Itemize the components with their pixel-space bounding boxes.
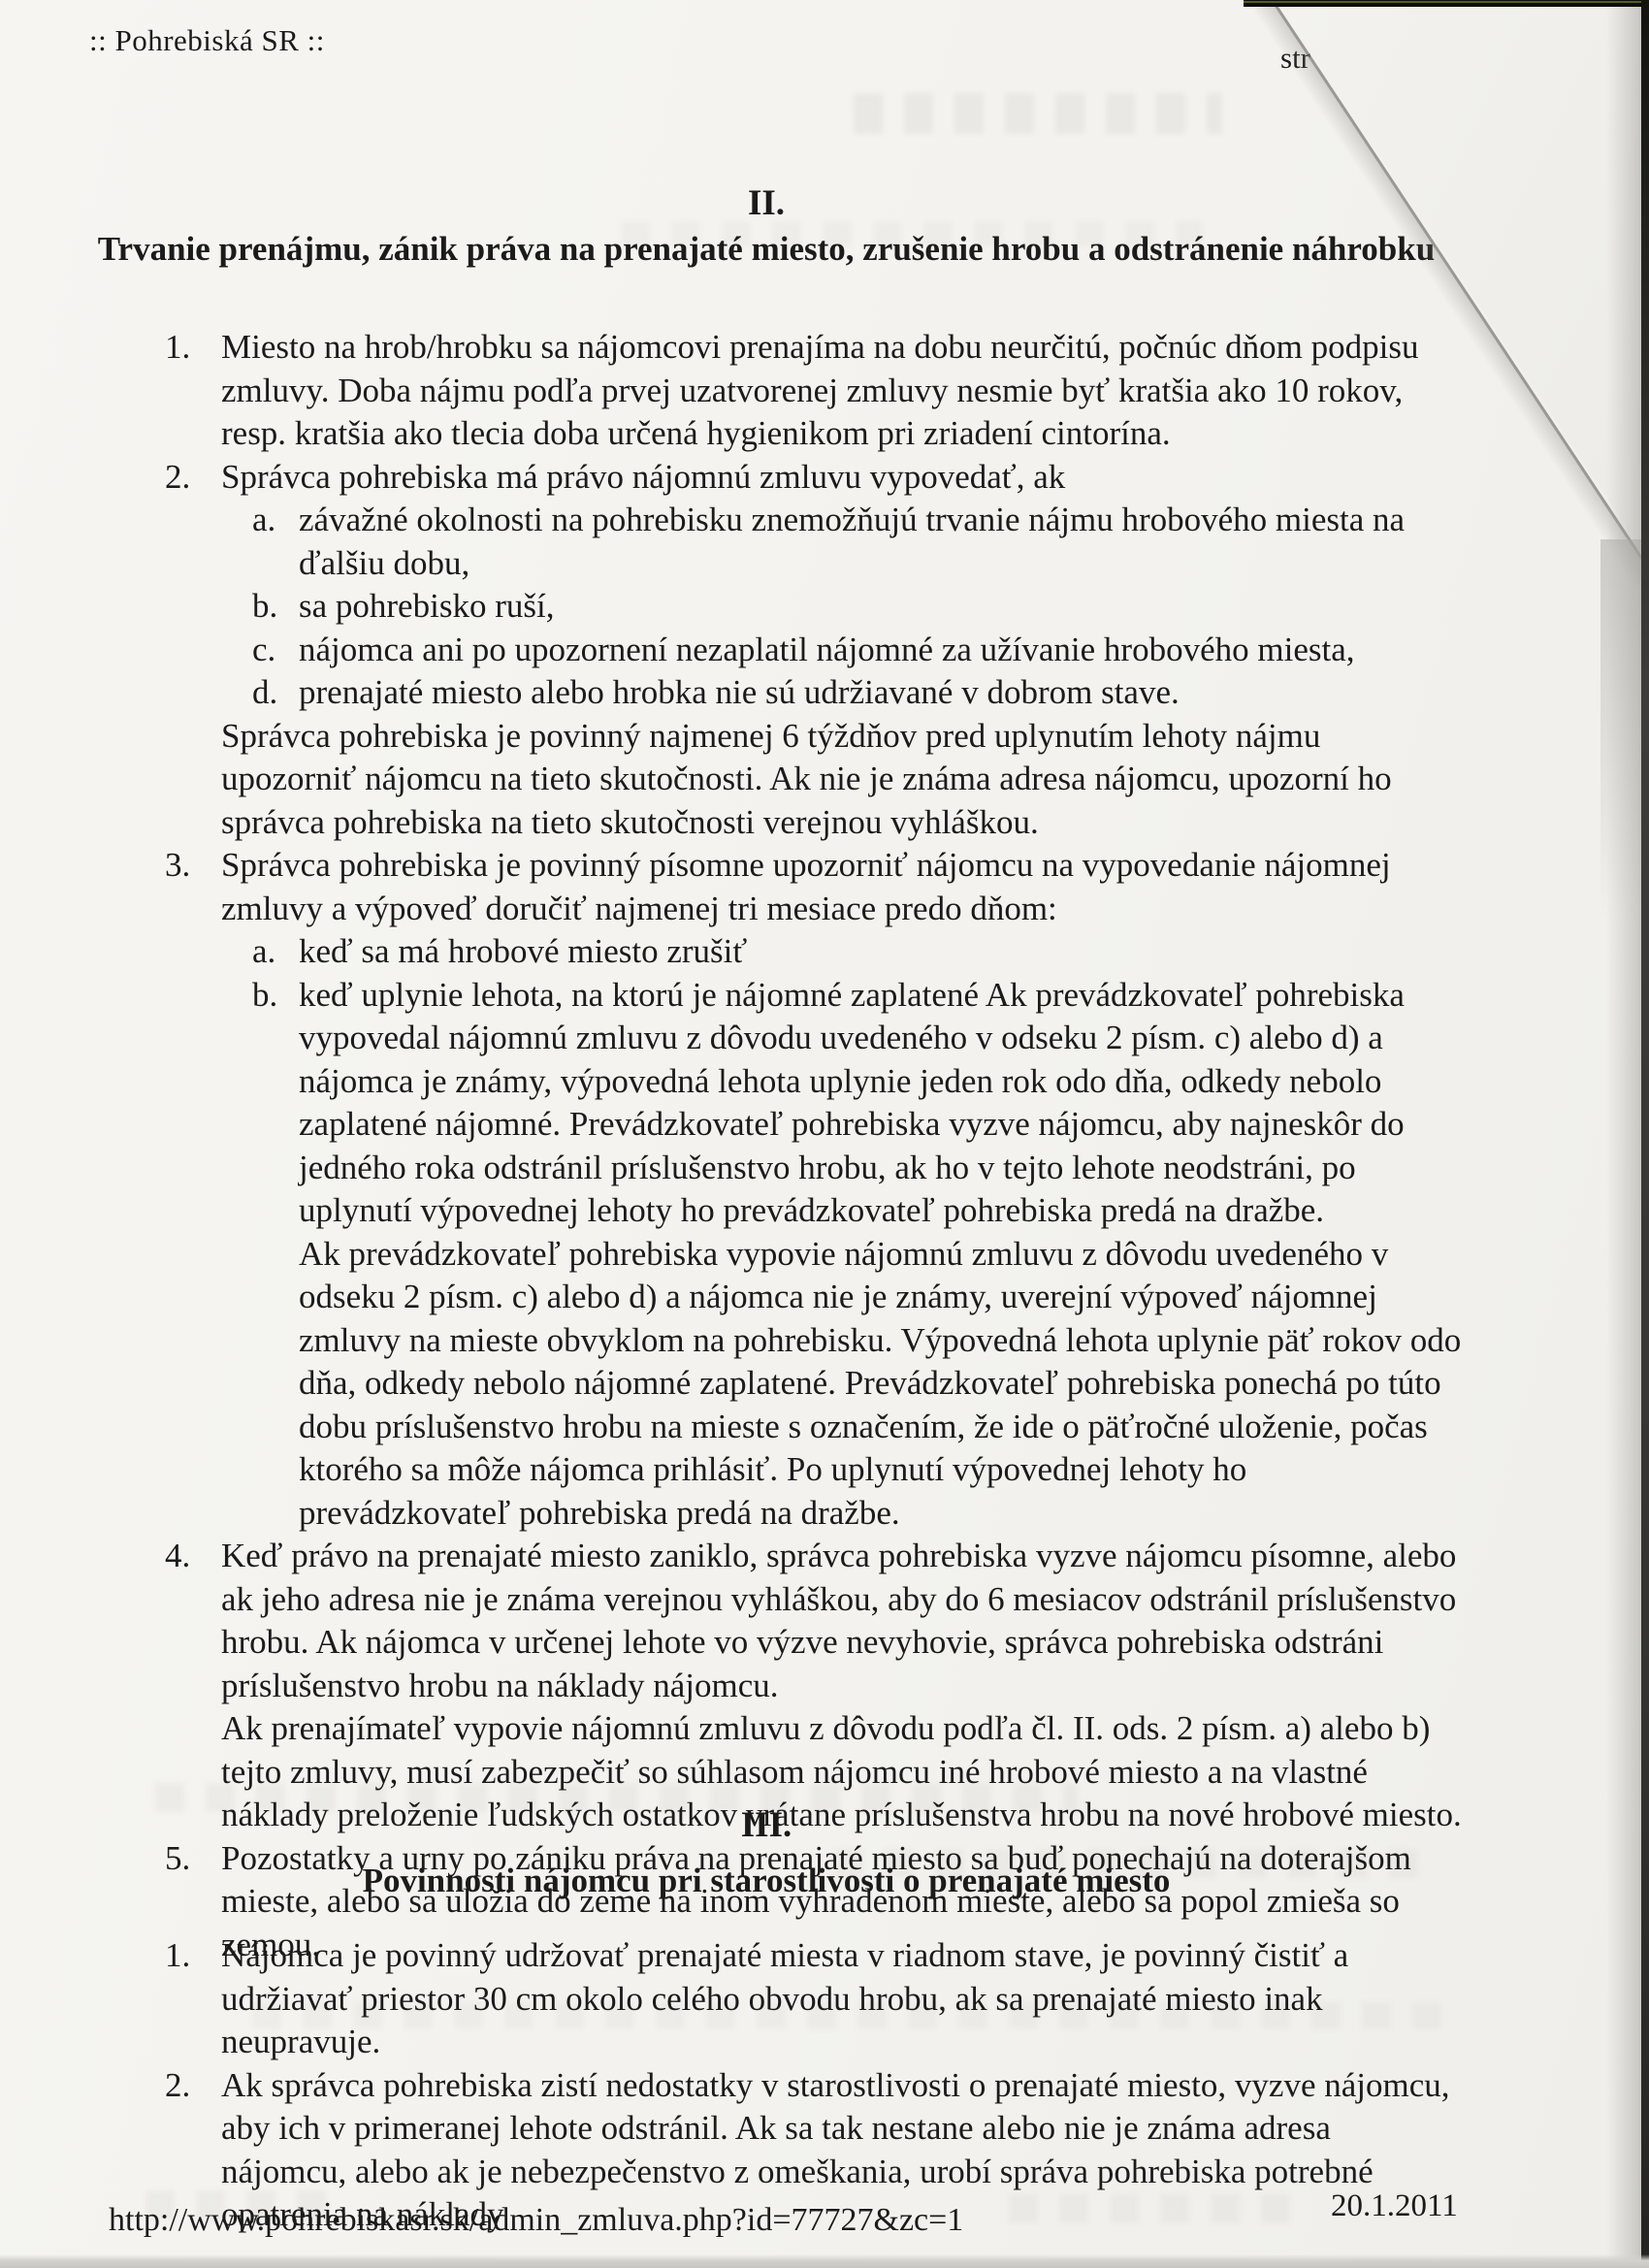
item-body: Keď právo na prenajaté miesto zaniklo, s… (221, 1535, 1463, 1837)
list-subitem: a.závažné okolnosti na pohrebisku znemož… (252, 499, 1463, 585)
section-iii-number: III. (0, 1802, 1533, 1849)
list-subitem: d.prenajaté miesto alebo hrobka nie sú u… (252, 671, 1463, 715)
item-paragraph: Správca pohrebiska má právo nájomnú zmlu… (221, 456, 1463, 500)
site-header-label: :: Pohrebiská SR :: (89, 23, 325, 58)
list-item: 3.Správca pohrebiska je povinný písomne … (165, 844, 1463, 930)
subitem-paragraph: Ak prevádzkovateľ pohrebiska vypovie náj… (299, 1233, 1463, 1536)
section-ii-title: Trvanie prenájmu, zánik práva na prenaja… (0, 227, 1533, 272)
subitem-letter: a. (252, 930, 295, 974)
item-paragraph: Nájomca je povinný udržovať prenajaté mi… (221, 1934, 1463, 2064)
page-right-edge-shade (1606, 0, 1641, 2268)
list-item: 1.Miesto na hrob/hrobku sa nájomcovi pre… (165, 326, 1463, 456)
subitem-body: keď uplynie lehota, na ktorú je nájomné … (299, 974, 1463, 1536)
list-subitem: c.nájomca ani po upozornení nezaplatil n… (252, 629, 1463, 672)
subitem-letter: d. (252, 671, 295, 715)
item-number: 2. (165, 2064, 215, 2108)
subitem-paragraph: keď uplynie lehota, na ktorú je nájomné … (299, 974, 1463, 1233)
subitem-paragraph: sa pohrebisko ruší, (299, 585, 1463, 629)
scan-edge-top (1244, 0, 1649, 7)
scan-edge-right (1641, 0, 1649, 2268)
section-iii-title: Povinnosti nájomcu pri starostlivosti o … (0, 1859, 1533, 1903)
list-subitem: b.keď uplynie lehota, na ktorú je nájomn… (252, 974, 1463, 1536)
item-paragraph: Miesto na hrob/hrobku sa nájomcovi prena… (221, 326, 1463, 456)
show-through-smudge (854, 93, 1222, 134)
subitem-paragraph: prenajaté miesto alebo hrobka nie sú udr… (299, 671, 1463, 715)
footer-url: http://www.pohrebiskasr.sk/admin_zmluva.… (109, 2202, 963, 2239)
item-body: Nájomca je povinný udržovať prenajaté mi… (221, 1934, 1463, 2064)
item-number: 1. (165, 326, 215, 370)
subitem-letter: b. (252, 585, 295, 629)
item-paragraph: Keď právo na prenajaté miesto zaniklo, s… (221, 1535, 1463, 1707)
item-continuation: Správca pohrebiska je povinný najmenej 6… (165, 715, 1463, 845)
item-paragraph: Správca pohrebiska je povinný písomne up… (221, 844, 1463, 930)
section-ii-list: 1.Miesto na hrob/hrobku sa nájomcovi pre… (165, 326, 1463, 1966)
subitem-body: keď sa má hrobové miesto zrušiť (299, 930, 1463, 974)
item-paragraph: Správca pohrebiska je povinný najmenej 6… (221, 715, 1463, 845)
item-body: Správca pohrebiska má právo nájomnú zmlu… (221, 456, 1463, 500)
list-subitem: b.sa pohrebisko ruší, (252, 585, 1463, 629)
section-iii-list: 1.Nájomca je povinný udržovať prenajaté … (165, 1934, 1463, 2237)
item-number: 4. (165, 1535, 215, 1578)
subitem-paragraph: nájomca ani po upozornení nezaplatil náj… (299, 629, 1463, 672)
subitem-paragraph: závažné okolnosti na pohrebisku znemožňu… (299, 499, 1463, 585)
item-body: Správca pohrebiska je povinný písomne up… (221, 844, 1463, 930)
item-number: 3. (165, 844, 215, 888)
subitem-letter: c. (252, 629, 295, 672)
subitem-body: sa pohrebisko ruší, (299, 585, 1463, 629)
subitem-paragraph: keď sa má hrobové miesto zrušiť (299, 930, 1463, 974)
section-ii-heading: II. Trvanie prenájmu, zánik práva na pre… (0, 180, 1533, 272)
list-item: 1.Nájomca je povinný udržovať prenajaté … (165, 1934, 1463, 2064)
list-item: 4.Keď právo na prenajaté miesto zaniklo,… (165, 1535, 1463, 1837)
scanned-document-page: { "page": { "header_left": ":: Pohrebisk… (0, 0, 1649, 2268)
item-body: Miesto na hrob/hrobku sa nájomcovi prena… (221, 326, 1463, 456)
subitem-body: nájomca ani po upozornení nezaplatil náj… (299, 629, 1463, 672)
subitem-letter: b. (252, 974, 295, 1018)
section-iii-heading: III. Povinnosti nájomcu pri starostlivos… (0, 1802, 1533, 1903)
item-number: 2. (165, 456, 215, 500)
list-subitem: a.keď sa má hrobové miesto zrušiť (252, 930, 1463, 974)
subitem-body: prenajaté miesto alebo hrobka nie sú udr… (299, 671, 1463, 715)
scan-edge-bottom (0, 2254, 1649, 2268)
subitem-body: závažné okolnosti na pohrebisku znemožňu… (299, 499, 1463, 585)
list-item: 2.Správca pohrebiska má právo nájomnú zm… (165, 456, 1463, 500)
item-number: 1. (165, 1934, 215, 1978)
section-ii-number: II. (0, 180, 1533, 227)
subitem-letter: a. (252, 499, 295, 542)
footer-date: 20.1.2011 (1331, 2188, 1458, 2224)
